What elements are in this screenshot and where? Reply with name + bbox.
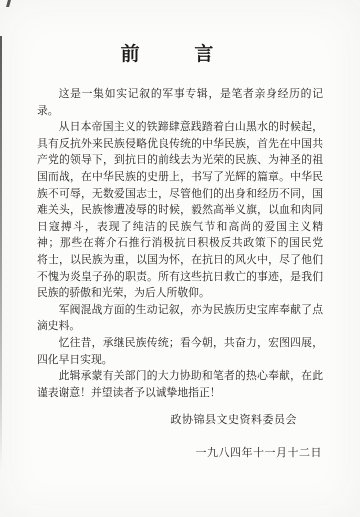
text-line: 四化早日实现。 [37,352,323,369]
text-line: 将士，以民族为重，以国为怀，在抗日的风火中，尽了他们 [37,252,323,269]
text-line: 产党的领导下，到抗日的前线去为光荣的民族、为神圣的祖 [37,152,323,169]
scan-edge-artifact [0,36,2,470]
page-title: 前 言 [0,39,360,66]
document-page: 前 言 这是一集如实记叙的军事专辑，是笔者亲身经历的记录。从日本帝国主义的铁蹄肆… [0,0,360,517]
text-line: 难关头，民族惨遭凌辱的时候，毅然高举义旗，以血和肉同 [37,202,323,219]
text-line: 国而战，在中华民族的史册上，书写了光辉的篇章。中华民 [37,169,323,186]
text-line: 民族的骄傲和光荣，为后人所敬仰。 [37,285,323,302]
text-line: 不愧为炎皇子孙的职责。所有这些抗日救亡的事迹，是我们 [37,269,323,286]
text-line: 军阀混战方面的生动记叙，亦为民族历史宝库奉献了点 [37,302,323,319]
text-line: 具有反抗外来民族侵略优良传统的中华民族，首先在中国共 [37,136,323,153]
text-line: 谨表谢意！并望读者予以诚挚地指正！ [37,385,323,402]
text-line: 滴史料。 [37,318,323,335]
text-line: 这是一集如实记叙的军事专辑，是笔者亲身经历的记 [37,86,323,103]
text-line: 族不可辱，无数爱国志士，尽管他们的出身和经历不同，国 [37,186,323,203]
signature-committee: 政协锦县文史资料委员会 [171,411,298,427]
preface-body: 这是一集如实记叙的军事专辑，是笔者亲身经历的记录。从日本帝国主义的铁蹄肆意践踏着… [37,86,323,401]
scan-mark-artifact [6,0,11,7]
text-line: 此辑承蒙有关部门的大力协助和笔者的热心奉献，在此 [37,368,323,385]
signature-date: 一九八四年十一月十二日 [196,444,323,460]
text-line: 日寇搏斗，表现了纯洁的民族气节和高尚的爱国主义精 [37,219,323,236]
text-line: 从日本帝国主义的铁蹄肆意践踏着白山黑水的时候起， [37,119,323,136]
text-line: 忆往昔，承继民族传统；看今朝，共奋力，宏图四展， [37,335,323,352]
text-line: 录。 [37,103,323,120]
text-line: 神；那些在蒋介石推行消极抗日积极反共政策下的国民党 [37,235,323,252]
